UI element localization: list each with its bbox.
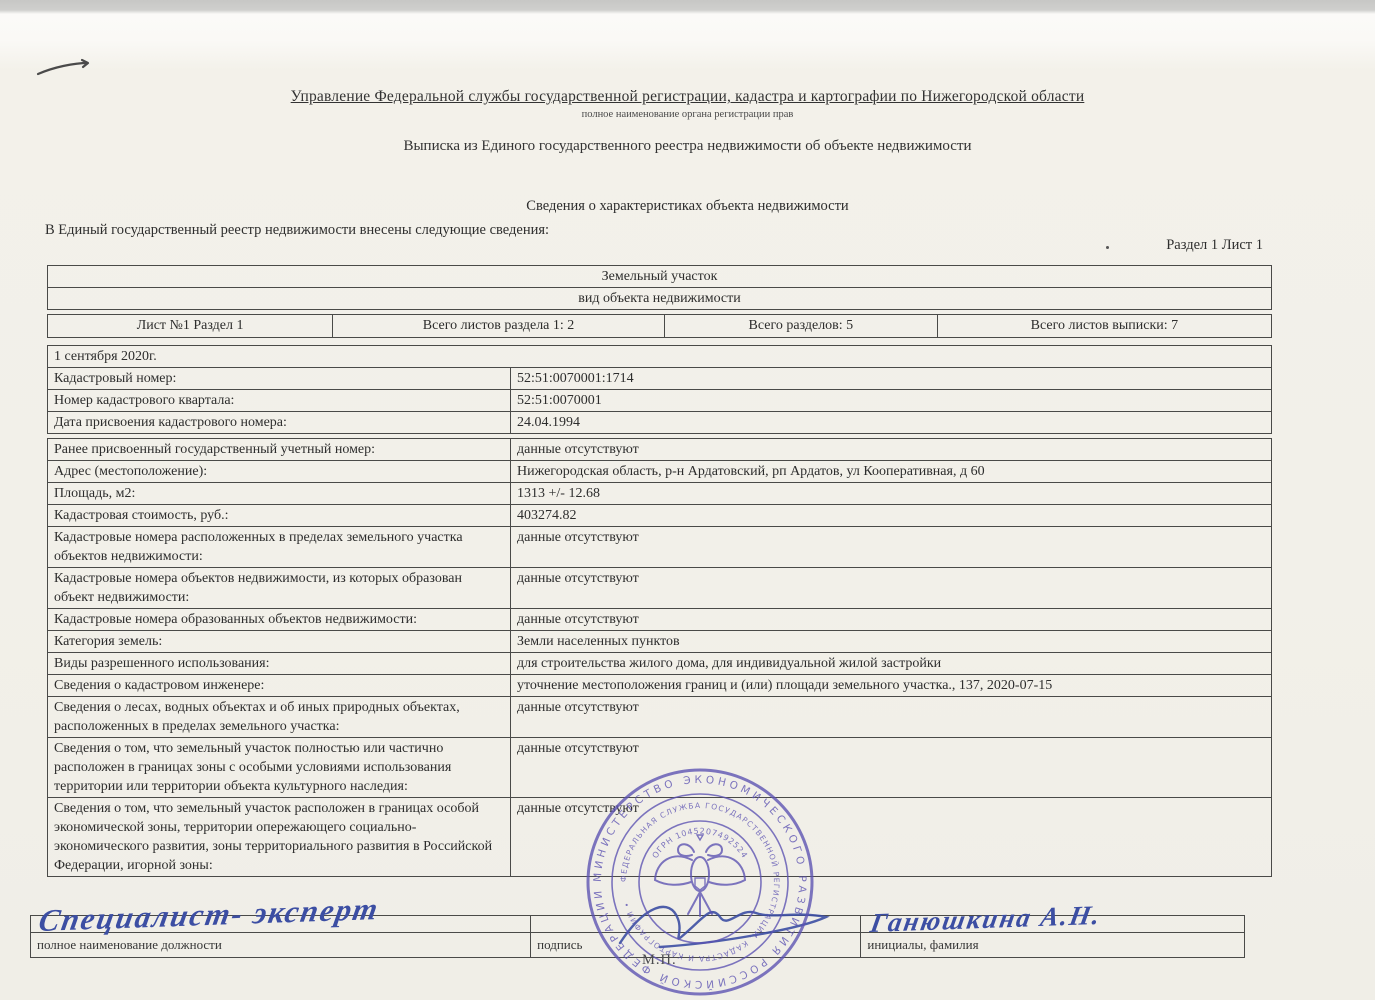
- row-label: Кадастровые номера объектов недвижимости…: [48, 568, 511, 609]
- total-sections-cell: Всего разделов: 5: [664, 315, 937, 338]
- table-row: Площадь, м2: 1313 +/- 12.68: [48, 483, 1272, 505]
- document-title: Выписка из Единого государственного реес…: [0, 138, 1375, 155]
- row-label: Адрес (местоположение):: [48, 461, 511, 483]
- row-value: 52:51:0070001:1714: [511, 368, 1272, 390]
- row-value: 403274.82: [511, 505, 1272, 527]
- section-sheet-reference: Раздел 1 Лист 1: [1166, 237, 1263, 254]
- record-date: 1 сентября 2020г.: [48, 346, 1272, 368]
- cadastral-number-table: 1 сентября 2020г. Кадастровый номер: 52:…: [47, 345, 1272, 434]
- stamp-middle-ring-text: ФЕДЕРАЛЬНАЯ СЛУЖБА ГОСУДАРСТВЕННОЙ РЕГИС…: [619, 801, 781, 963]
- table-row: Сведения о лесах, водных объектах и об и…: [48, 697, 1272, 738]
- row-value: Нижегородская область, р-н Ардатовский, …: [511, 461, 1272, 483]
- row-label: Виды разрешенного использования:: [48, 653, 511, 675]
- row-label: Кадастровые номера образованных объектов…: [48, 609, 511, 631]
- registration-authority-name: Управление Федеральной службы государств…: [0, 88, 1375, 106]
- object-type-value: Земельный участок: [48, 266, 1272, 288]
- row-label: Сведения о лесах, водных объектах и об и…: [48, 697, 511, 738]
- row-label: Сведения о кадастровом инженере:: [48, 675, 511, 697]
- row-label: Дата присвоения кадастрового номера:: [48, 412, 511, 434]
- row-value: уточнение местоположения границ и (или) …: [511, 675, 1272, 697]
- row-value: данные отсутствуют: [511, 697, 1272, 738]
- row-label: Ранее присвоенный государственный учетны…: [48, 439, 511, 461]
- seal-place-label: М.П.: [642, 952, 677, 969]
- total-section-sheets-cell: Всего листов раздела 1: 2: [333, 315, 665, 338]
- table-row: Сведения о кадастровом инженере: уточнен…: [48, 675, 1272, 697]
- row-label: Сведения о том, что земельный участок по…: [48, 738, 511, 798]
- object-type-table: Земельный участок вид объекта недвижимос…: [47, 265, 1272, 310]
- row-value: 52:51:0070001: [511, 390, 1272, 412]
- svg-text:ФЕДЕРАЛЬНАЯ СЛУЖБА ГОСУДАРСТВЕ: ФЕДЕРАЛЬНАЯ СЛУЖБА ГОСУДАРСТВЕННОЙ РЕГИС…: [619, 801, 781, 963]
- scanned-document-page: { "header": { "org_name": "Управление Фе…: [0, 0, 1375, 1000]
- row-label: Номер кадастрового квартала:: [48, 390, 511, 412]
- table-row: Земельный участок: [48, 266, 1272, 288]
- table-row: Кадастровый номер: 52:51:0070001:1714: [48, 368, 1272, 390]
- total-extract-sheets-cell: Всего листов выписки: 7: [937, 315, 1271, 338]
- scan-speck: [1106, 246, 1109, 249]
- table-row: Номер кадастрового квартала: 52:51:00700…: [48, 390, 1272, 412]
- official-round-stamp: МИНИСТЕРСТВО ЭКОНОМИЧЕСКОГО РАЗВИТИЯ РОС…: [572, 762, 828, 1000]
- object-type-caption: вид объекта недвижимости: [48, 288, 1272, 310]
- table-row: Категория земель: Земли населенных пункт…: [48, 631, 1272, 653]
- table-row: Ранее присвоенный государственный учетны…: [48, 439, 1272, 461]
- table-row: Адрес (местоположение): Нижегородская об…: [48, 461, 1272, 483]
- row-value: для строительства жилого дома, для индив…: [511, 653, 1272, 675]
- table-row: Кадастровые номера объектов недвижимости…: [48, 568, 1272, 609]
- table-row: вид объекта недвижимости: [48, 288, 1272, 310]
- table-row: Дата присвоения кадастрового номера: 24.…: [48, 412, 1272, 434]
- row-label: Кадастровые номера расположенных в преде…: [48, 527, 511, 568]
- row-label: Сведения о том, что земельный участок ра…: [48, 798, 511, 877]
- row-label: Категория земель:: [48, 631, 511, 653]
- sheet-number-cell: Лист №1 Раздел 1: [48, 315, 333, 338]
- intro-line: В Единый государственный реестр недвижим…: [45, 222, 549, 239]
- row-value: 1313 +/- 12.68: [511, 483, 1272, 505]
- table-row: Кадастровые номера расположенных в преде…: [48, 527, 1272, 568]
- table-row: Виды разрешенного использования: для стр…: [48, 653, 1272, 675]
- row-value: данные отсутствуют: [511, 568, 1272, 609]
- row-value: данные отсутствуют: [511, 527, 1272, 568]
- table-row: 1 сентября 2020г.: [48, 346, 1272, 368]
- row-label: Кадастровый номер:: [48, 368, 511, 390]
- row-value: данные отсутствуют: [511, 609, 1272, 631]
- row-value: 24.04.1994: [511, 412, 1272, 434]
- table-row: Кадастровая стоимость, руб.: 403274.82: [48, 505, 1272, 527]
- table-row: Лист №1 Раздел 1 Всего листов раздела 1:…: [48, 315, 1272, 338]
- row-label: Площадь, м2:: [48, 483, 511, 505]
- registration-authority-caption: полное наименование органа регистрации п…: [0, 109, 1375, 120]
- sheet-info-table: Лист №1 Раздел 1 Всего листов раздела 1:…: [47, 314, 1272, 338]
- row-label: Кадастровая стоимость, руб.:: [48, 505, 511, 527]
- row-value: Земли населенных пунктов: [511, 631, 1272, 653]
- pen-mark: [30, 52, 110, 84]
- table-row: Кадастровые номера образованных объектов…: [48, 609, 1272, 631]
- row-value: данные отсутствуют: [511, 439, 1272, 461]
- section-title: Сведения о характеристиках объекта недви…: [0, 198, 1375, 215]
